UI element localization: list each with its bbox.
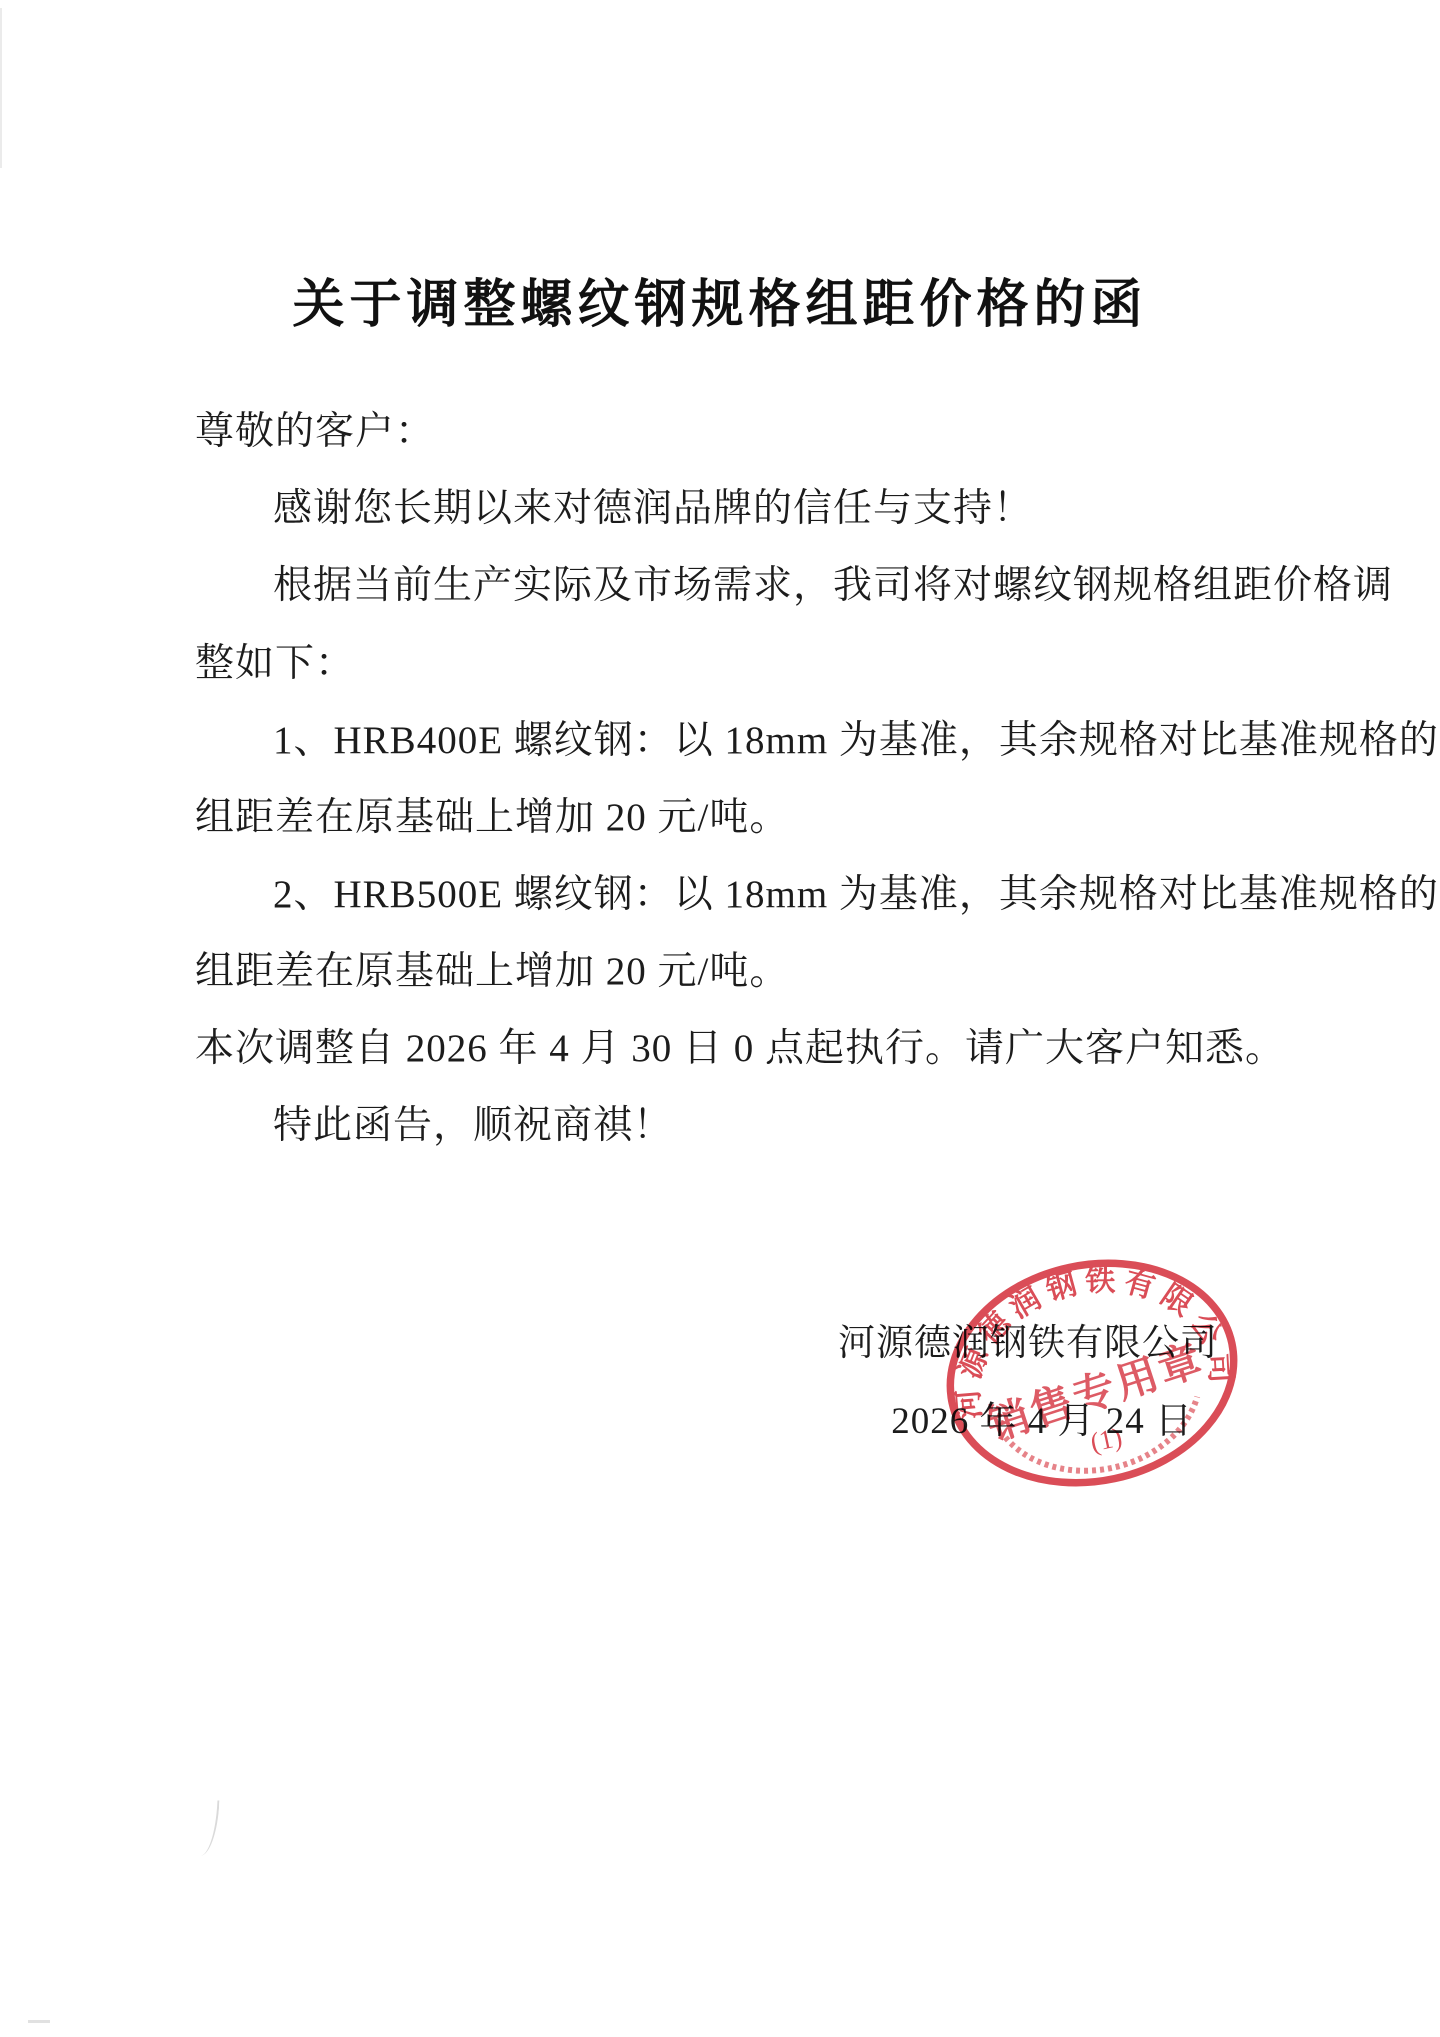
scan-artifact-curve: [199, 1800, 220, 1857]
letter-line: 根据当前生产实际及市场需求，我司将对螺纹钢规格组距价格调: [273, 554, 1393, 610]
company-seal: 河源德润钢铁有限公司 销售专用章 (1): [916, 1223, 1268, 1524]
letter-line: 特此函告，顺祝商祺！: [273, 1094, 673, 1150]
letter-line: 整如下：: [195, 632, 355, 688]
signature-company: 河源德润钢铁有限公司: [838, 1312, 1218, 1366]
letter-line: 尊敬的客户：: [195, 400, 435, 456]
seal-ellipse-border: [930, 1238, 1255, 1509]
letter-page: 关于调整螺纹钢规格组距价格的函 尊敬的客户： 感谢您长期以来对德润品牌的信任与支…: [0, 0, 1440, 2037]
letter-line: 2、HRB500E 螺纹钢：以 18mm 为基准，其余规格对比基准规格的: [273, 863, 1439, 919]
letter-line: 1、HRB400E 螺纹钢：以 18mm 为基准，其余规格对比基准规格的: [273, 709, 1439, 765]
scan-artifact-dash: [28, 2020, 50, 2023]
scan-artifact-edge: [0, 8, 2, 168]
signature-date: 2026 年 4 月 24 日: [891, 1390, 1193, 1444]
letter-line: 组距差在原基础上增加 20 元/吨。: [195, 786, 789, 842]
letter-line: 组距差在原基础上增加 20 元/吨。: [195, 940, 789, 996]
letter-line: 感谢您长期以来对德润品牌的信任与支持！: [273, 477, 1033, 533]
letter-title: 关于调整螺纹钢规格组距价格的函: [0, 262, 1440, 337]
letter-line: 本次调整自 2026 年 4 月 30 日 0 点起执行。请广大客户知悉。: [195, 1017, 1285, 1073]
